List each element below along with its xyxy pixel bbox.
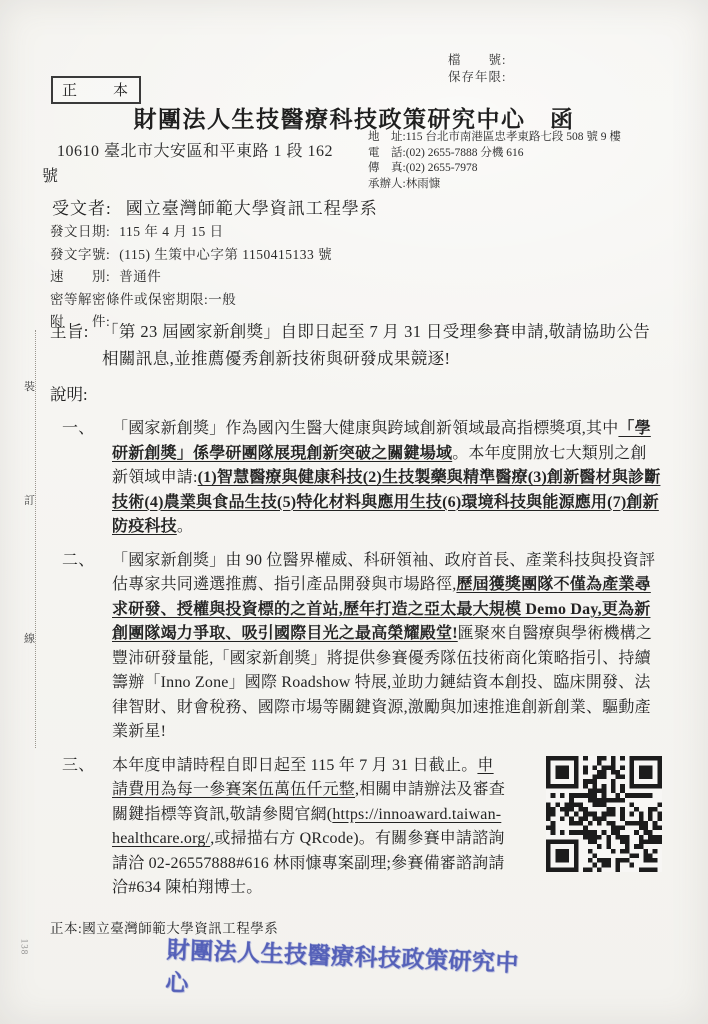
- document-meta: 發文日期:115 年 4 月 15 日發文字號:(115) 生策中心字第 115…: [50, 221, 332, 334]
- meta-value: 一般: [208, 292, 236, 307]
- meta-value: 115 年 4 月 15 日: [119, 224, 223, 239]
- item-number: 三、: [62, 754, 112, 779]
- explanation-label: 說明:: [50, 381, 662, 408]
- text-segment: 。: [177, 518, 193, 535]
- qr-code: [522, 756, 662, 878]
- meta-label: 發文日期:: [50, 224, 110, 239]
- recipient-value: 國立臺灣師範大學資訊工程學系: [126, 199, 378, 218]
- issuer-contact-person: 承辦人:林雨慷: [368, 177, 621, 193]
- meta-value: 普通件: [119, 269, 161, 284]
- meta-label: 速 別:: [50, 269, 110, 284]
- subject-label: 主旨:: [50, 318, 102, 345]
- text-segment: 本年度申請時程自即日起至 115 年 7 月 31 日截止。: [112, 757, 477, 774]
- binding-mark: 裝: [24, 378, 36, 394]
- original-copy-label: 正本:: [50, 921, 82, 936]
- original-copy-line: 正本:國立臺灣師範大學資訊工程學系: [50, 917, 662, 937]
- meta-row: 發文日期:115 年 4 月 15 日: [50, 221, 332, 244]
- subject-text: 「第 23 屆國家新創獎」自即日起至 7 月 31 日受理參賽申請,敬請協助公告…: [102, 322, 650, 368]
- retention-period-label: 保存年限:: [448, 69, 506, 86]
- binding-mark: 線: [24, 630, 36, 646]
- text-segment: 「國家新創獎」作為國內生醫大健康與跨域創新領域最高指標獎項,其中: [112, 420, 618, 437]
- explanation-items: 一、「國家新創獎」作為國內生醫大健康與跨域創新領域最高指標獎項,其中「學研新創獎…: [62, 417, 662, 901]
- mailing-address: 10610 臺北市大安區和平東路 1 段 162 號: [57, 139, 333, 189]
- explanation-item: 二、「國家新創獎」由 90 位醫界權威、科研領袖、政府首長、產業科技與投資評估專…: [62, 549, 662, 745]
- mailing-address-line1: 10610 臺北市大安區和平東路 1 段 162: [57, 139, 333, 164]
- recipient-line: 受文者:國立臺灣師範大學資訊工程學系: [52, 194, 378, 219]
- subject-paragraph: 主旨:「第 23 屆國家新創獎」自即日起至 7 月 31 日受理參賽申請,敬請協…: [50, 318, 662, 372]
- meta-row: 密等解密條件或保密期限:一般: [50, 289, 332, 312]
- recipient-label: 受文者:: [52, 199, 112, 218]
- text-segment: 匯聚來自醫療與學術機構之豐沛研發量能,「國家新創獎」將提供參賽優秀隊伍技術商化策…: [112, 625, 652, 740]
- item-number: 二、: [62, 549, 112, 574]
- binding-margin-marks: 裝訂線: [22, 330, 36, 748]
- letter-body: 主旨:「第 23 屆國家新創獎」自即日起至 7 月 31 日受理參賽申請,敬請協…: [50, 318, 662, 937]
- file-number-label: 檔 號:: [448, 52, 506, 69]
- issuer-phone: 電 話:(02) 2655-7888 分機 616: [368, 146, 621, 162]
- issuer-address: 地 址:115 台北市南港區忠孝東路七段 508 號 9 樓: [368, 130, 621, 146]
- meta-label: 發文字號:: [50, 247, 110, 262]
- meta-row: 速 別:普通件: [50, 266, 332, 289]
- meta-row: 發文字號:(115) 生策中心字第 1150415133 號: [50, 244, 332, 267]
- mailing-address-line2: 號: [42, 164, 333, 189]
- meta-value: (115) 生策中心字第 1150415133 號: [119, 247, 332, 262]
- issuer-fax: 傳 真:(02) 2655-7978: [368, 161, 621, 177]
- explanation-item: 三、本年度申請時程自即日起至 115 年 7 月 31 日截止。申請費用為每一參…: [62, 754, 662, 901]
- copy-type-box: 正 本: [51, 76, 141, 104]
- meta-label: 密等解密條件或保密期限:: [50, 292, 208, 307]
- issuer-contact-block: 地 址:115 台北市南港區忠孝東路七段 508 號 9 樓 電 話:(02) …: [368, 130, 621, 192]
- organization-stamp: 財團法人生技醫療科技政策研究中心: [165, 931, 523, 1011]
- item-number: 一、: [62, 417, 112, 442]
- scanned-official-letter: 檔 號: 保存年限: 正 本 財團法人生技醫療科技政策研究中心 函 10610 …: [0, 0, 708, 1024]
- explanation-item: 一、「國家新創獎」作為國內生醫大健康與跨域創新領域最高指標獎項,其中「學研新創獎…: [62, 417, 662, 540]
- archive-header: 檔 號: 保存年限:: [448, 52, 506, 86]
- copy-type-label: 正 本: [62, 83, 130, 99]
- page-number-mark: 138: [19, 939, 29, 956]
- binding-mark: 訂: [24, 492, 36, 508]
